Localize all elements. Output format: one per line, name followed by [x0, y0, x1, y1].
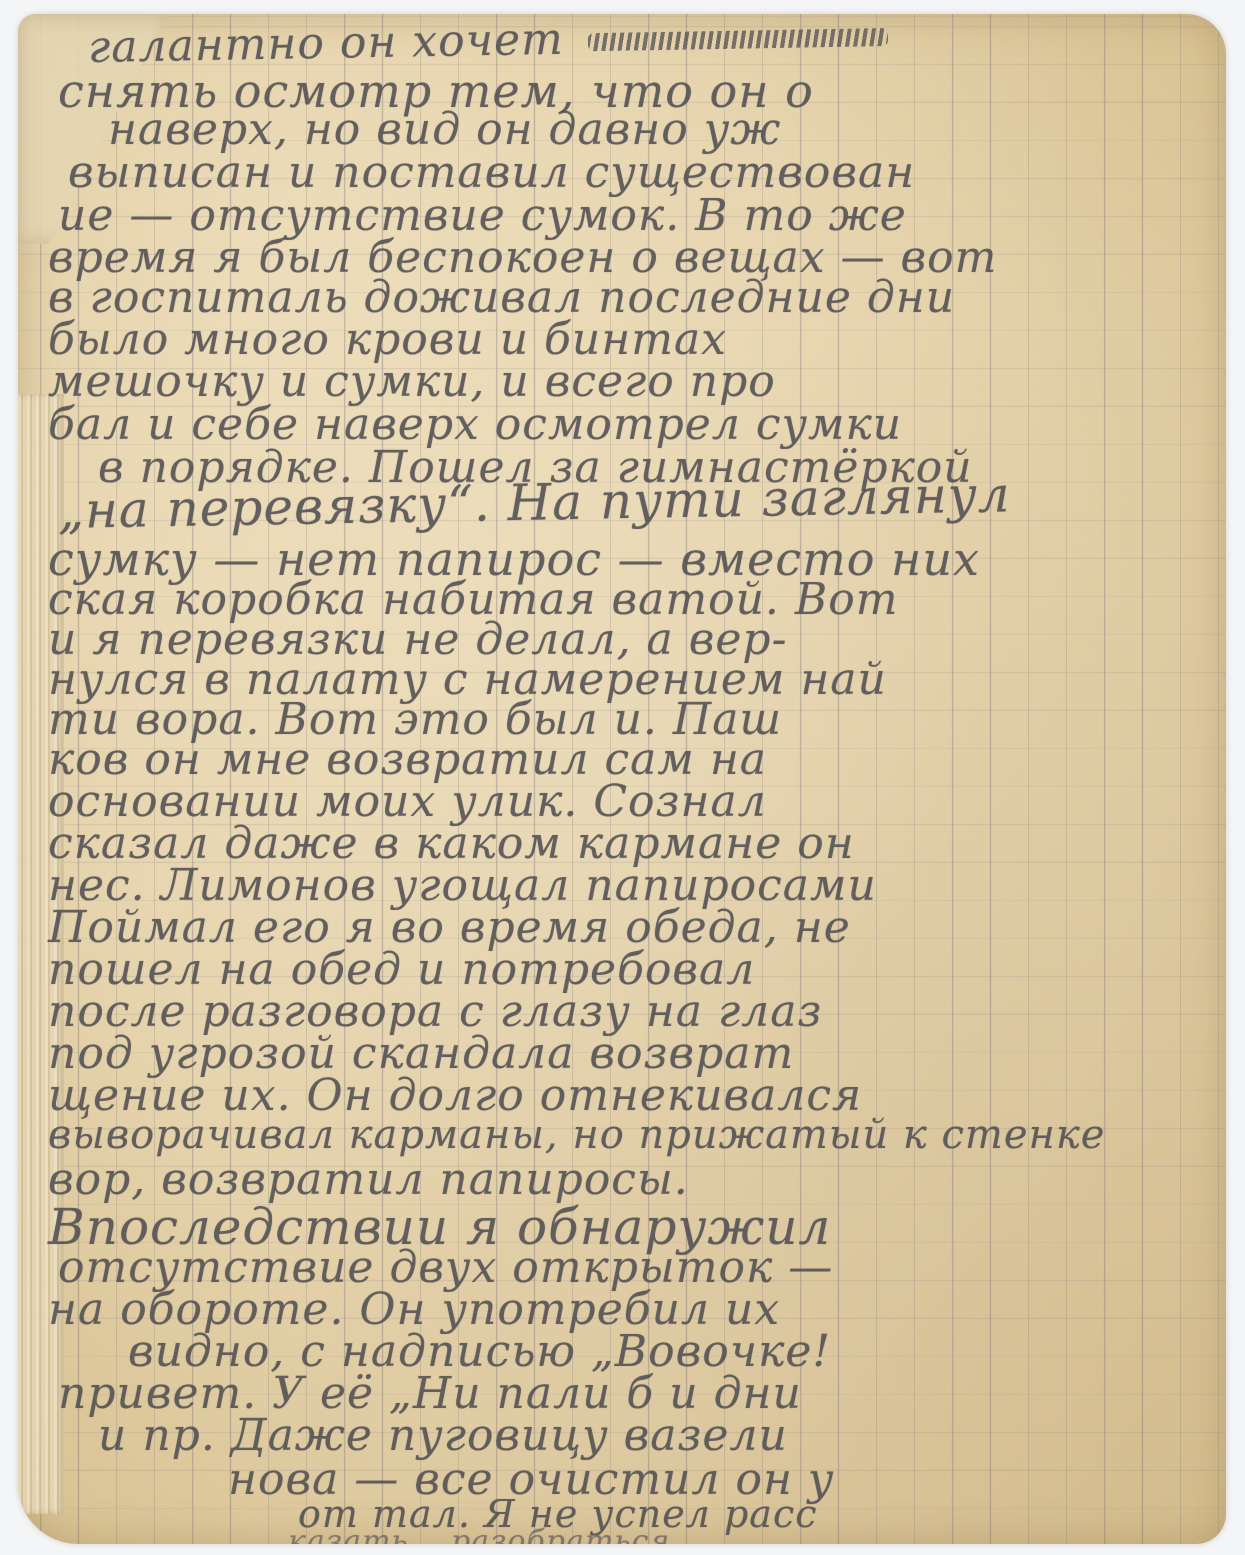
struck-out-word — [588, 28, 888, 51]
notebook-page: галантно он хочет снять осмотр тем, что … — [18, 14, 1226, 1544]
text-line: выворачивал карманы, но прижатый к стенк… — [48, 1112, 1105, 1158]
text-line: казать... разобраться... — [288, 1524, 702, 1544]
